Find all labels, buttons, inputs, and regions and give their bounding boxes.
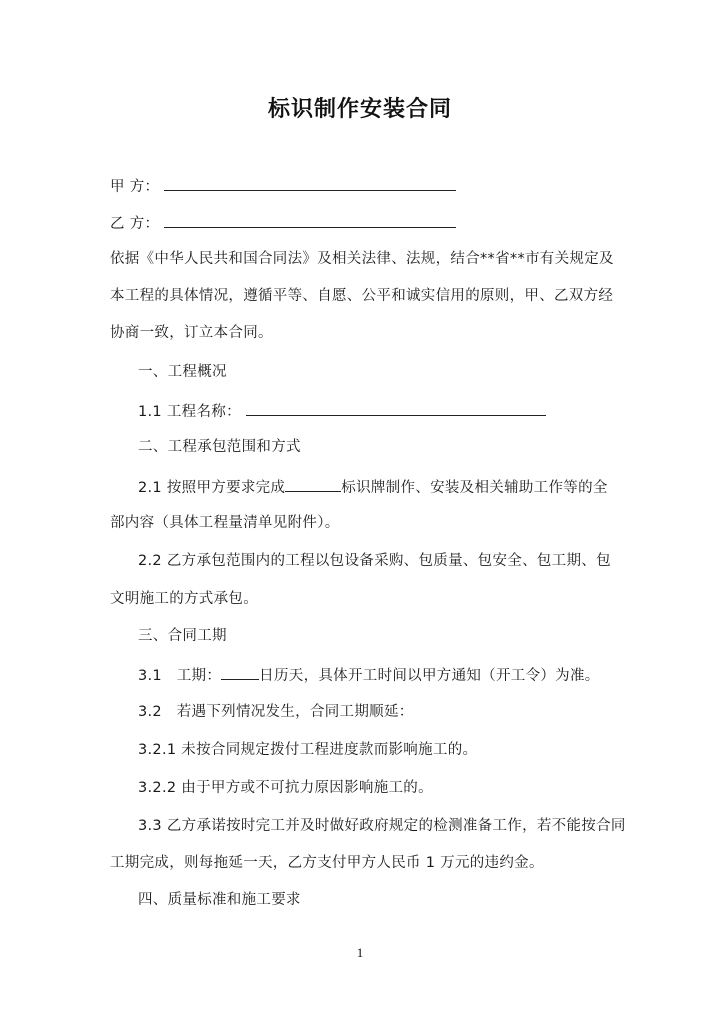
section-3-heading: 三、合同工期 — [138, 626, 227, 646]
project-name-label: 1.1 工程名称： — [138, 404, 241, 420]
document-title: 标识制作安装合同 — [0, 92, 720, 123]
clause-2-1: 2.1 按照甲方要求完成标识牌制作、安装及相关辅助工作等的全 — [138, 476, 608, 498]
clause-2-1-prefix: 2.1 按照甲方要求完成 — [138, 480, 285, 496]
clause-3-3-line-1: 3.3 乙方承诺按时完工并及时做好政府规定的检测准备工作，若不能按合同 — [138, 816, 626, 836]
clause-1-1: 1.1 工程名称： — [138, 400, 546, 422]
preamble-line-2: 本工程的具体情况，遵循平等、自愿、公平和诚实信用的原则，甲、乙双方经 — [110, 286, 613, 306]
party-b-line: 乙 方： — [110, 212, 456, 234]
clause-3-3-line-2: 工期完成，则每拖延一天，乙方支付甲方人民币 1 万元的违约金。 — [110, 853, 544, 873]
party-b-label: 乙 方： — [110, 216, 159, 232]
section-1-heading: 一、工程概况 — [138, 362, 227, 382]
clause-3-1-prefix: 3.1 工期： — [138, 668, 221, 684]
preamble-line-3: 协商一致，订立本合同。 — [110, 323, 273, 343]
party-a-blank — [164, 175, 456, 191]
clause-3-2: 3.2 若遇下列情况发生，合同工期顺延： — [138, 702, 414, 722]
clause-2-1-suffix: 标识牌制作、安装及相关辅助工作等的全 — [341, 480, 607, 496]
preamble-line-1: 依据《中华人民共和国合同法》及相关法律、法规，结合**省**市有关规定及 — [110, 249, 614, 269]
clause-2-1-blank — [285, 476, 341, 492]
party-a-label: 甲 方： — [110, 179, 159, 195]
clause-2-2-line-1: 2.2 乙方承包范围内的工程以包设备采购、包质量、包安全、包工期、包 — [138, 551, 611, 571]
page-number: 1 — [0, 945, 720, 961]
section-2-heading: 二、工程承包范围和方式 — [138, 437, 301, 457]
clause-3-1-suffix: 日历天，具体开工时间以甲方通知（开工令）为准。 — [259, 668, 599, 684]
document-page: 标识制作安装合同 甲 方： 乙 方： 依据《中华人民共和国合同法》及相关法律、法… — [0, 0, 720, 1019]
clause-2-1-cont: 部内容（具体工程量清单见附件）。 — [110, 513, 340, 533]
section-4-heading: 四、质量标准和施工要求 — [138, 890, 301, 910]
clause-3-2-2: 3.2.2 由于甲方或不可抗力原因影响施工的。 — [138, 778, 433, 798]
party-a-line: 甲 方： — [110, 175, 456, 197]
clause-3-1: 3.1 工期：日历天，具体开工时间以甲方通知（开工令）为准。 — [138, 664, 600, 686]
project-name-blank — [246, 400, 546, 416]
clause-3-1-blank — [221, 664, 259, 680]
clause-2-2-line-2: 文明施工的方式承包。 — [110, 589, 258, 609]
clause-3-2-1: 3.2.1 未按合同规定拨付工程进度款而影响施工的。 — [138, 740, 477, 760]
party-b-blank — [164, 212, 456, 228]
